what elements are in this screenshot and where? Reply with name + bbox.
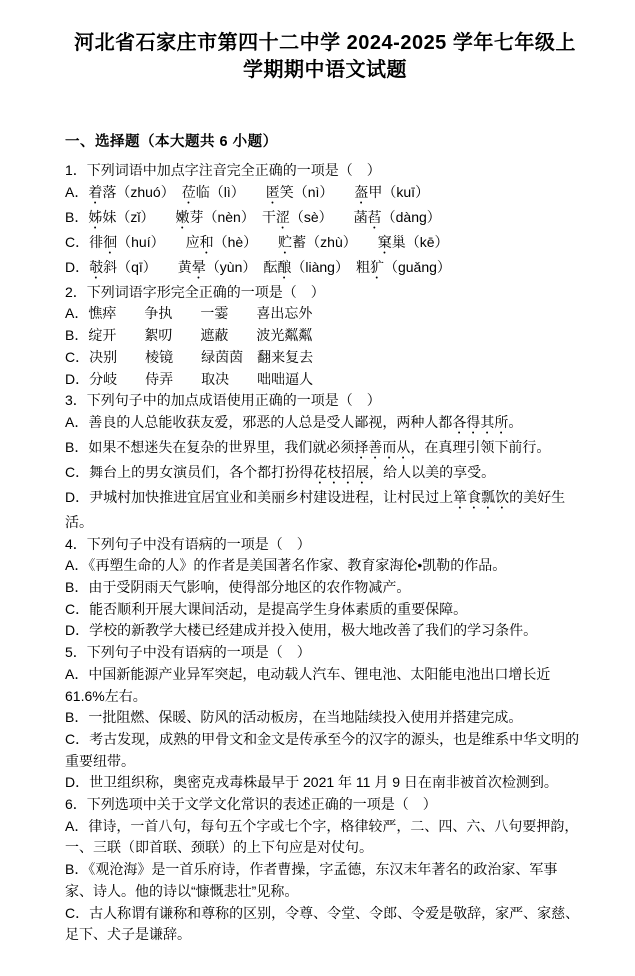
- emphasized-text: 酿: [277, 259, 291, 275]
- text-run: D．尹城村加快推进宜居宜业和美丽乡村建设进程，让村民过上: [65, 489, 453, 505]
- question-1: 1．下列词语中加点字注音完全正确的一项是（ ） A．着落（zhuó） 莅临（lì…: [65, 160, 585, 282]
- question-5-option-a: A．中国新能源产业异军突起，电动载人汽车、锂电池、太阳能电池出口增长近61.6%…: [65, 664, 585, 707]
- question-4: 4．下列句子中没有语病的一项是（ ） A．《再塑生命的人》的作者是美国著名作家、…: [65, 534, 585, 643]
- text-run: B．如果不想迷失在复杂的世界里，我们就必须: [65, 439, 354, 455]
- text-run: （sè） 菡: [290, 209, 368, 225]
- emphasized-text: 和: [200, 234, 214, 250]
- text-run: 。: [508, 414, 522, 430]
- question-4-option-c: C．能否顺利开展大课间活动，是提高学生身体素质的重要保障。: [65, 599, 585, 621]
- emphasized-text: 窠: [378, 234, 392, 250]
- question-4-option-d: D．学校的新教学大楼已经建成并投入使用，极大地改善了我们的学习条件。: [65, 620, 585, 642]
- text-run: ，在真理引领下前行。: [410, 439, 550, 455]
- emphasized-text: 徊: [103, 234, 117, 250]
- question-6-option-c: C．古人称谓有谦称和尊称的区别，令尊、令堂、令郎、令爱是敬辞，家严、家慈、足下、…: [65, 903, 585, 946]
- text-run: 妹（zǐ）: [102, 209, 175, 225]
- text-run: C．舞台上的男女演员们，各个都打扮得: [65, 464, 313, 480]
- question-5-option-c: C．考古发现，成熟的甲骨文和金文是传承至今的汉字的源头，也是维系中华文明的重要纽…: [65, 729, 585, 772]
- emphasized-text: 着: [88, 184, 102, 200]
- question-2-option-d: D．分岐 侍弄 取决 咄咄逼人: [65, 369, 585, 391]
- text-run: 芽（nèn） 干: [189, 209, 275, 225]
- question-1-option-c: C．徘徊（huí） 应和（hè） 贮蓄（zhù） 窠巢（kē）: [65, 232, 585, 257]
- emphasized-text: 择善而从: [354, 439, 410, 455]
- emphasized-text: 盔: [354, 184, 368, 200]
- emphasized-text: 涩: [276, 209, 290, 225]
- text-run: C．古人称谓有谦称和尊称的区别，令尊、令堂、令郎、令爱是敬辞，家严、家慈、足下、…: [65, 905, 579, 943]
- text-run: C．徘: [65, 234, 103, 250]
- text-run: （liàng） 粗: [291, 259, 370, 275]
- emphasized-text: 莅: [182, 184, 196, 200]
- text-run: B．一批阻燃、保暖、防风的活动板房，在当地陆续投入使用并搭建完成。: [65, 709, 522, 725]
- exam-document-page: 河北省石家庄市第四十二中学 2024-2025 学年七年级上学期期中语文试题 一…: [0, 0, 635, 976]
- question-4-option-b: B．由于受阴雨天气影响，使得部分地区的农作物减产。: [65, 577, 585, 599]
- text-run: B．绽开 絮叨 遮蔽 波光粼粼: [65, 327, 312, 343]
- question-1-option-b: B．姊妹（zǐ） 嫩芽（nèn） 干涩（sè） 菡萏（dàng）: [65, 207, 585, 232]
- text-run: A．律诗，一首八句，每句五个字或七个字，格律较严，二、四、六、八句要押韵，一、三…: [65, 818, 578, 856]
- emphasized-text: 犷: [370, 259, 384, 275]
- emphasized-text: 匿: [266, 184, 280, 200]
- question-3: 3．下列句子中的加点成语使用正确的一项是（ ） A．善良的人总能收获友爱，邪恶的…: [65, 390, 585, 533]
- emphasized-text: 嫩: [175, 209, 189, 225]
- question-3-option-c: C．舞台上的男女演员们，各个都打扮得花枝招展，给人以美的享受。: [65, 462, 585, 487]
- question-5: 5．下列句子中没有语病的一项是（ ） A．中国新能源产业异军突起，电动载人汽车、…: [65, 642, 585, 794]
- text-run: B．《观沧海》是一首乐府诗，作者曹操，字孟德，东汉末年著名的政治家、军事家、诗人…: [65, 861, 557, 899]
- text-run: C．能否顺利开展大课间活动，是提高学生身体素质的重要保障。: [65, 601, 467, 617]
- emphasized-text: 各得其所: [452, 414, 508, 430]
- question-2-option-b: B．绽开 絮叨 遮蔽 波光粼粼: [65, 325, 585, 347]
- text-run: 临（lì）: [196, 184, 266, 200]
- text-run: C．考古发现，成熟的甲骨文和金文是传承至今的汉字的源头，也是维系中华文明的重要纽…: [65, 731, 579, 769]
- text-run: 笑（nì）: [280, 184, 355, 200]
- question-5-stem: 5．下列句子中没有语病的一项是（ ）: [65, 642, 585, 664]
- text-run: （guǎng）: [384, 259, 451, 275]
- question-3-stem: 3．下列句子中的加点成语使用正确的一项是（ ）: [65, 390, 585, 412]
- text-run: 巢（kē）: [392, 234, 449, 250]
- text-run: D．学校的新教学大楼已经建成并投入使用，极大地改善了我们的学习条件。: [65, 622, 537, 638]
- text-run: A．《再塑生命的人》的作者是美国著名作家、教育家海伦•凯勒的作品。: [65, 557, 506, 573]
- text-run: ，给人以美的享受。: [369, 464, 495, 480]
- question-3-option-a: A．善良的人总能收获友爱，邪恶的人总是受人鄙视，两种人都各得其所。: [65, 412, 585, 437]
- emphasized-text: 攲: [89, 259, 103, 275]
- question-6: 6．下列选项中关于文学文化常识的表述正确的一项是（ ） A．律诗，一首八句，每句…: [65, 794, 585, 946]
- text-run: A．善良的人总能收获友爱，邪恶的人总是受人鄙视，两种人都: [65, 414, 452, 430]
- question-3-option-d: D．尹城村加快推进宜居宜业和美丽乡村建设进程，让村民过上箪食瓢饮的美好生活。: [65, 487, 585, 534]
- question-1-option-a: A．着落（zhuó） 莅临（lì） 匿笑（nì） 盔甲（kuī）: [65, 182, 585, 207]
- emphasized-text: 萏: [368, 209, 382, 225]
- text-run: D．世卫组织称，奥密克戎毒株最早于 2021 年 11 月 9 日在南非被首次检…: [65, 774, 558, 790]
- question-6-stem: 6．下列选项中关于文学文化常识的表述正确的一项是（ ）: [65, 794, 585, 816]
- question-4-stem: 4．下列句子中没有语病的一项是（ ）: [65, 534, 585, 556]
- text-run: （yùn） 酝: [206, 259, 278, 275]
- question-2-option-c: C．决别 棱镜 绿茵茵 翻来复去: [65, 347, 585, 369]
- emphasized-text: 贮: [278, 234, 292, 250]
- question-6-option-a: A．律诗，一首八句，每句五个字或七个字，格律较严，二、四、六、八句要押韵，一、三…: [65, 816, 585, 859]
- text-run: D．: [65, 259, 89, 275]
- question-4-option-a: A．《再塑生命的人》的作者是美国著名作家、教育家海伦•凯勒的作品。: [65, 555, 585, 577]
- text-run: （hè）: [214, 234, 279, 250]
- text-run: A．憔瘁 争执 一霎 喜出忘外: [65, 305, 312, 321]
- question-6-option-b: B．《观沧海》是一首乐府诗，作者曹操，字孟德，东汉末年著名的政治家、军事家、诗人…: [65, 859, 585, 902]
- text-run: 落（zhuó）: [102, 184, 181, 200]
- text-run: C．决别 棱镜 绿茵茵 翻来复去: [65, 349, 313, 365]
- text-run: 蓄（zhù）: [292, 234, 378, 250]
- text-run: B．: [65, 209, 88, 225]
- emphasized-text: 箪食瓢饮: [453, 489, 509, 505]
- text-run: A．中国新能源产业异军突起，电动载人汽车、锂电池、太阳能电池出口增长近61.6%…: [65, 666, 550, 704]
- question-5-option-b: B．一批阻燃、保暖、防风的活动板房，在当地陆续投入使用并搭建完成。: [65, 707, 585, 729]
- text-run: （huí） 应: [117, 234, 199, 250]
- text-run: 斜（qī） 黄: [103, 259, 192, 275]
- text-run: A．: [65, 184, 88, 200]
- emphasized-text: 花枝招展: [313, 464, 369, 480]
- question-2-stem: 2．下列词语字形完全正确的一项是（ ）: [65, 282, 585, 304]
- emphasized-text: 姊: [88, 209, 102, 225]
- text-run: 甲（kuī）: [368, 184, 429, 200]
- question-1-stem: 1．下列词语中加点字注音完全正确的一项是（ ）: [65, 160, 585, 182]
- question-2-option-a: A．憔瘁 争执 一霎 喜出忘外: [65, 303, 585, 325]
- question-5-option-d: D．世卫组织称，奥密克戎毒株最早于 2021 年 11 月 9 日在南非被首次检…: [65, 772, 585, 794]
- text-run: D．分岐 侍弄 取决 咄咄逼人: [65, 371, 313, 387]
- question-1-option-d: D．攲斜（qī） 黄晕（yùn） 酝酿（liàng） 粗犷（guǎng）: [65, 257, 585, 282]
- text-run: （dàng）: [382, 209, 441, 225]
- section-heading: 一、选择题（本大题共 6 小题）: [65, 130, 585, 151]
- question-2: 2．下列词语字形完全正确的一项是（ ） A．憔瘁 争执 一霎 喜出忘外 B．绽开…: [65, 282, 585, 391]
- emphasized-text: 晕: [192, 259, 206, 275]
- document-title: 河北省石家庄市第四十二中学 2024-2025 学年七年级上学期期中语文试题: [65, 30, 585, 84]
- question-3-option-b: B．如果不想迷失在复杂的世界里，我们就必须择善而从，在真理引领下前行。: [65, 437, 585, 462]
- text-run: B．由于受阴雨天气影响，使得部分地区的农作物减产。: [65, 579, 410, 595]
